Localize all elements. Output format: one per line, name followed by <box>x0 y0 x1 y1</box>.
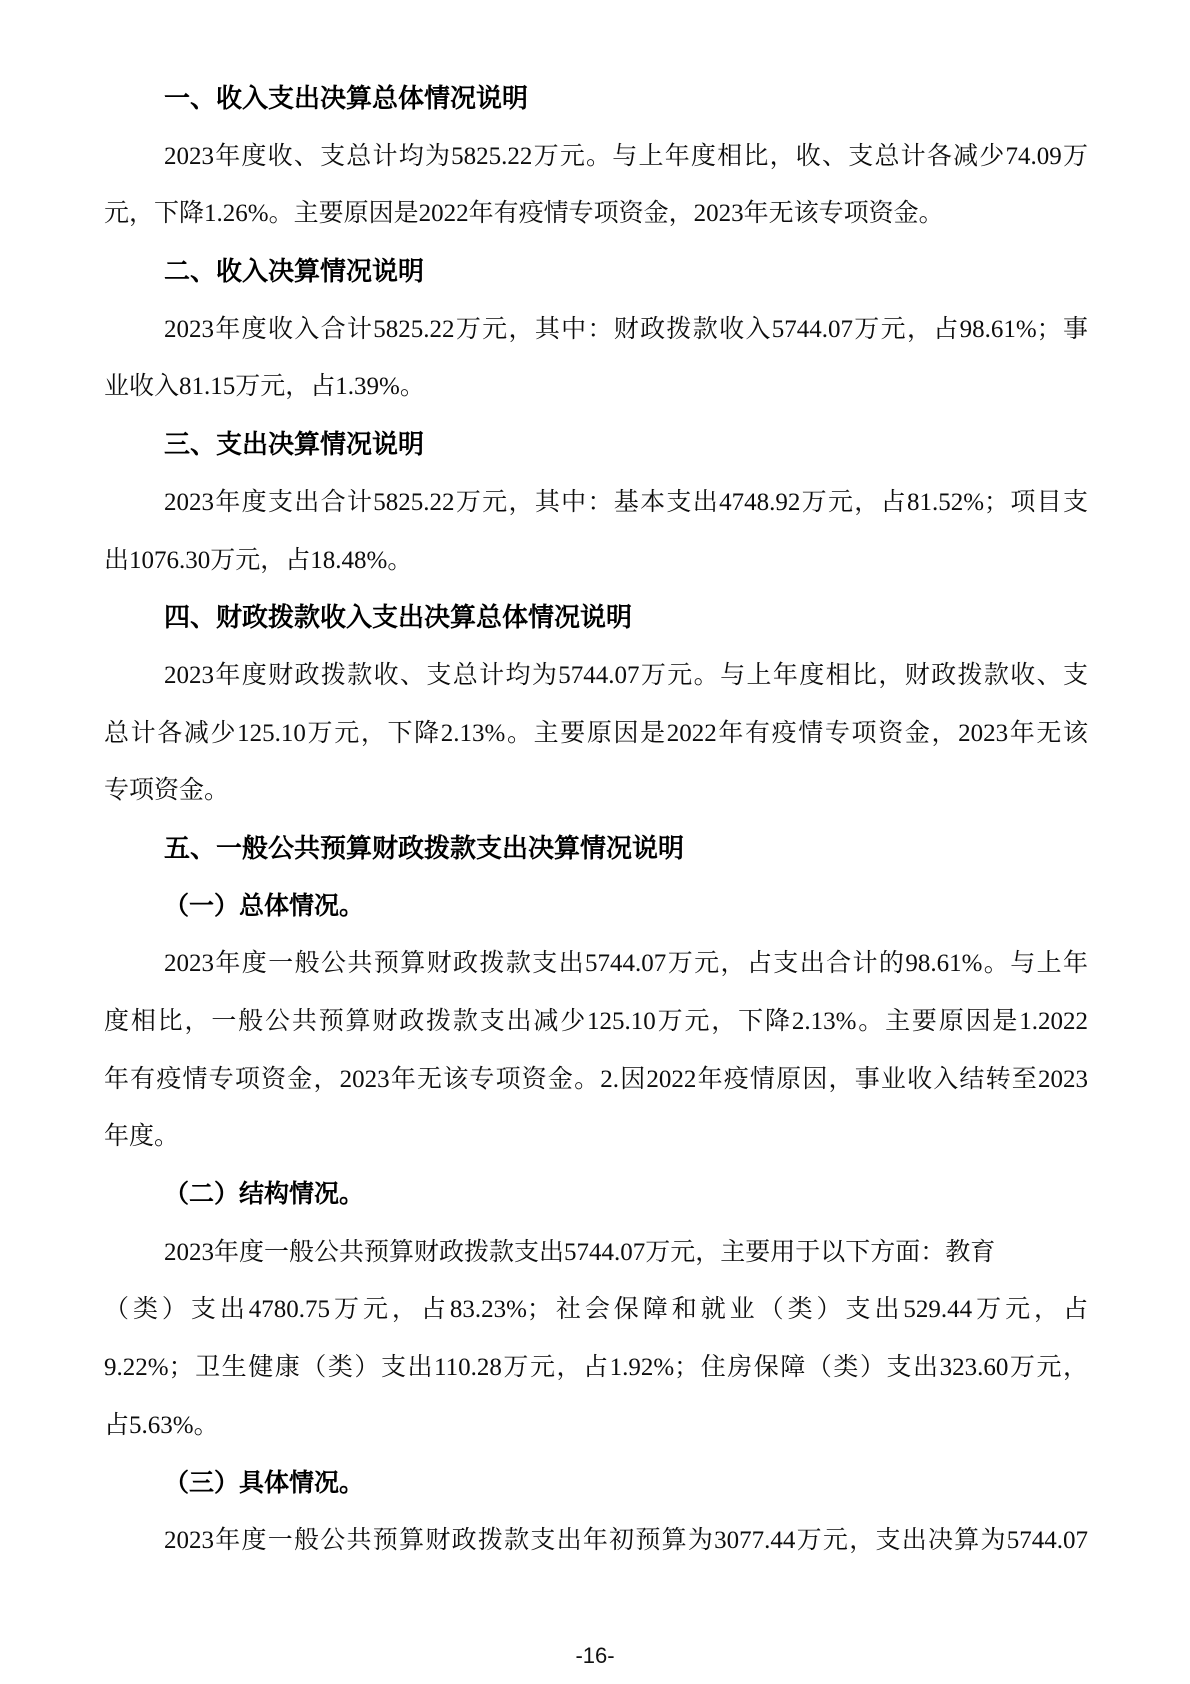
body-text-line: 年有疫情专项资金，2023年无该专项资金。2.因2022年疫情原因，事业收入结转… <box>104 1051 1088 1109</box>
body-text-line: 专项资金。 <box>104 762 1088 820</box>
section-heading: 二、收入决算情况说明 <box>104 243 1088 301</box>
body-text-line: 年度。 <box>104 1108 1088 1166</box>
body-text-line: 2023年度一般公共预算财政拨款支出5744.07万元，主要用于以下方面：教育 <box>104 1224 1088 1282</box>
body-text-line: 2023年度一般公共预算财政拨款支出年初预算为3077.44万元，支出决算为57… <box>104 1512 1088 1570</box>
document-page: 一、收入支出决算总体情况说明2023年度收、支总计均为5825.22万元。与上年… <box>0 0 1190 1684</box>
page-number: -16- <box>0 1641 1190 1671</box>
section-heading: 三、支出决算情况说明 <box>104 416 1088 474</box>
body-text-line: 度相比，一般公共预算财政拨款支出减少125.10万元，下降2.13%。主要原因是… <box>104 993 1088 1051</box>
body-text-line: 元，下降1.26%。主要原因是2022年有疫情专项资金，2023年无该专项资金。 <box>104 185 1088 243</box>
body-text-line: 2023年度收入合计5825.22万元，其中：财政拨款收入5744.07万元，占… <box>104 301 1088 359</box>
body-text-line: 2023年度财政拨款收、支总计均为5744.07万元。与上年度相比，财政拨款收、… <box>104 647 1088 705</box>
sub-heading: （一）总体情况。 <box>104 878 1088 936</box>
section-heading: 五、一般公共预算财政拨款支出决算情况说明 <box>104 820 1088 878</box>
body-text-line: （类）支出4780.75万元，占83.23%；社会保障和就业（类）支出529.4… <box>104 1281 1088 1339</box>
body-text-line: 9.22%；卫生健康（类）支出110.28万元，占1.92%；住房保障（类）支出… <box>104 1339 1088 1397</box>
body-text-line: 2023年度支出合计5825.22万元，其中：基本支出4748.92万元，占81… <box>104 474 1088 532</box>
sub-heading: （二）结构情况。 <box>104 1166 1088 1224</box>
body-text-line: 出1076.30万元，占18.48%。 <box>104 532 1088 590</box>
body-text-line: 2023年度一般公共预算财政拨款支出5744.07万元，占支出合计的98.61%… <box>104 935 1088 993</box>
body-text-line: 2023年度收、支总计均为5825.22万元。与上年度相比，收、支总计各减少74… <box>104 128 1088 186</box>
body-text-line: 占5.63%。 <box>104 1397 1088 1455</box>
document-body: 一、收入支出决算总体情况说明2023年度收、支总计均为5825.22万元。与上年… <box>104 70 1088 1570</box>
section-heading: 一、收入支出决算总体情况说明 <box>104 70 1088 128</box>
body-text-line: 业收入81.15万元，占1.39%。 <box>104 358 1088 416</box>
section-heading: 四、财政拨款收入支出决算总体情况说明 <box>104 589 1088 647</box>
sub-heading: （三）具体情况。 <box>104 1455 1088 1513</box>
body-text-line: 总计各减少125.10万元，下降2.13%。主要原因是2022年有疫情专项资金，… <box>104 705 1088 763</box>
